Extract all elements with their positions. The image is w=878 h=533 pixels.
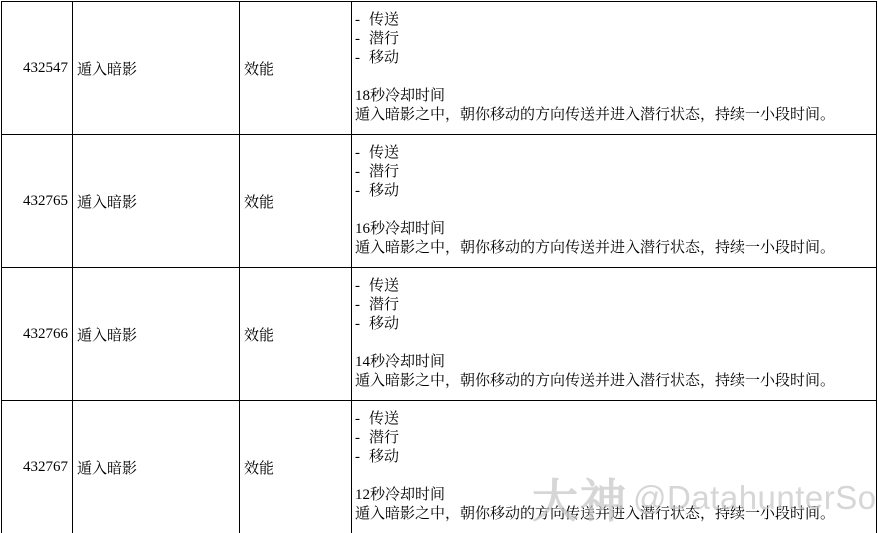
bullet-item: -移动 xyxy=(355,182,870,201)
bullet-item: -传送 xyxy=(355,410,870,429)
bullet-dash: - xyxy=(355,315,360,334)
bullet-dash: - xyxy=(355,11,360,30)
bullet-dash: - xyxy=(355,277,360,296)
cooldown-text: 18秒冷却时间 xyxy=(355,87,870,106)
spell-name-cell: 遁入暗影 xyxy=(73,401,240,533)
spell-name-cell: 遁入暗影 xyxy=(73,2,240,135)
bullet-dash: - xyxy=(355,30,360,49)
bullet-item: -传送 xyxy=(355,144,870,163)
bullet-label: 传送 xyxy=(369,12,399,28)
bullet-item: -传送 xyxy=(355,277,870,296)
bullet-dash: - xyxy=(355,429,360,448)
spacer xyxy=(355,467,870,486)
bullet-label: 潜行 xyxy=(369,430,399,446)
bullet-label: 潜行 xyxy=(369,164,399,180)
spacer xyxy=(355,68,870,87)
page: 432547 遁入暗影 效能 -传送 -潜行 -移动 18秒冷却时间 遁入暗影之… xyxy=(0,0,878,533)
bullet-label: 传送 xyxy=(369,411,399,427)
description-text: 遁入暗影之中，朝你移动的方向传送并进入潜行状态，持续一小段时间。 xyxy=(355,372,870,391)
bullet-label: 传送 xyxy=(369,278,399,294)
spell-description-cell: -传送 -潜行 -移动 16秒冷却时间 遁入暗影之中，朝你移动的方向传送并进入潜… xyxy=(352,135,877,268)
spell-description-cell: -传送 -潜行 -移动 12秒冷却时间 遁入暗影之中，朝你移动的方向传送并进入潜… xyxy=(352,401,877,533)
bullet-dash: - xyxy=(355,144,360,163)
description-text: 遁入暗影之中，朝你移动的方向传送并进入潜行状态，持续一小段时间。 xyxy=(355,239,870,258)
bullet-label: 移动 xyxy=(369,183,399,199)
cooldown-text: 16秒冷却时间 xyxy=(355,220,870,239)
bullet-label: 传送 xyxy=(369,145,399,161)
spell-id-cell: 432767 xyxy=(2,401,73,533)
spell-name-cell: 遁入暗影 xyxy=(73,268,240,401)
spell-id-cell: 432547 xyxy=(2,2,73,135)
bullet-item: -潜行 xyxy=(355,163,870,182)
spell-category-cell: 效能 xyxy=(240,401,352,533)
spell-name-cell: 遁入暗影 xyxy=(73,135,240,268)
bullet-dash: - xyxy=(355,49,360,68)
table-row: 432766 遁入暗影 效能 -传送 -潜行 -移动 14秒冷却时间 遁入暗影之… xyxy=(2,268,877,401)
bullet-dash: - xyxy=(355,448,360,467)
spell-category-cell: 效能 xyxy=(240,268,352,401)
description-text: 遁入暗影之中，朝你移动的方向传送并进入潜行状态，持续一小段时间。 xyxy=(355,505,870,524)
bullet-label: 移动 xyxy=(369,449,399,465)
bullet-item: -潜行 xyxy=(355,296,870,315)
table-row: 432767 遁入暗影 效能 -传送 -潜行 -移动 12秒冷却时间 遁入暗影之… xyxy=(2,401,877,533)
bullet-item: -潜行 xyxy=(355,429,870,448)
spell-category-cell: 效能 xyxy=(240,2,352,135)
bullet-label: 移动 xyxy=(369,50,399,66)
spacer xyxy=(355,334,870,353)
bullet-label: 移动 xyxy=(369,316,399,332)
spacer xyxy=(355,201,870,220)
bullet-label: 潜行 xyxy=(369,297,399,313)
spell-id-cell: 432765 xyxy=(2,135,73,268)
bullet-dash: - xyxy=(355,163,360,182)
spell-description-cell: -传送 -潜行 -移动 18秒冷却时间 遁入暗影之中，朝你移动的方向传送并进入潜… xyxy=(352,2,877,135)
bullet-item: -移动 xyxy=(355,448,870,467)
bullet-dash: - xyxy=(355,182,360,201)
cooldown-text: 14秒冷却时间 xyxy=(355,353,870,372)
spell-id-cell: 432766 xyxy=(2,268,73,401)
bullet-item: -移动 xyxy=(355,315,870,334)
bullet-dash: - xyxy=(355,410,360,429)
description-text: 遁入暗影之中，朝你移动的方向传送并进入潜行状态，持续一小段时间。 xyxy=(355,106,870,125)
bullet-item: -移动 xyxy=(355,49,870,68)
bullet-item: -潜行 xyxy=(355,30,870,49)
bullet-label: 潜行 xyxy=(369,31,399,47)
spell-data-table: 432547 遁入暗影 效能 -传送 -潜行 -移动 18秒冷却时间 遁入暗影之… xyxy=(1,1,877,533)
table-row: 432765 遁入暗影 效能 -传送 -潜行 -移动 16秒冷却时间 遁入暗影之… xyxy=(2,135,877,268)
bullet-item: -传送 xyxy=(355,11,870,30)
cooldown-text: 12秒冷却时间 xyxy=(355,486,870,505)
spell-category-cell: 效能 xyxy=(240,135,352,268)
bullet-dash: - xyxy=(355,296,360,315)
table-row: 432547 遁入暗影 效能 -传送 -潜行 -移动 18秒冷却时间 遁入暗影之… xyxy=(2,2,877,135)
spell-description-cell: -传送 -潜行 -移动 14秒冷却时间 遁入暗影之中，朝你移动的方向传送并进入潜… xyxy=(352,268,877,401)
